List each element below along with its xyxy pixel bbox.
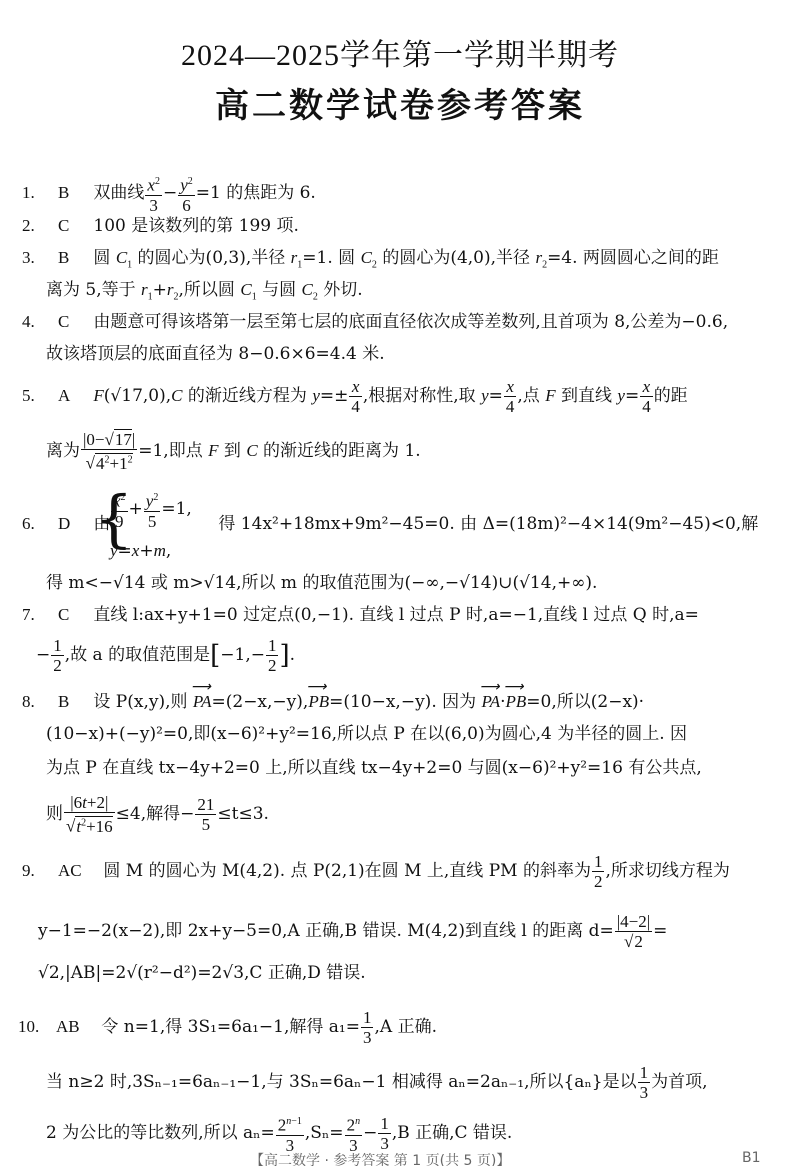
- answer-8-cont-1: (10−x)+(−y)²=0,即(x−6)²+y²=16,所以点 P 在以(6,…: [46, 723, 687, 745]
- text: 2 为公比的等比数列,所以 aₙ=: [46, 1123, 275, 1143]
- answer-choice: C: [58, 311, 88, 333]
- fraction: x4: [640, 377, 653, 416]
- text: 的渐近线方程为: [183, 386, 313, 406]
- answer-7: 7.C 直线 l:ax+y+1=0 过定点(0,−1). 直线 l 过点 P 时…: [22, 604, 699, 626]
- title-line-1: 2024—2025学年第一学期半期考: [0, 30, 800, 74]
- fraction: |0−√17|√42+12: [81, 430, 137, 473]
- text: 离为 5,等于: [46, 280, 141, 300]
- answer-4: 4.C 由题意可得该塔第一层至第七层的底面直径依次成等差数列,且首项为 8,公差…: [22, 311, 728, 333]
- text: −: [363, 1123, 377, 1143]
- fraction: 13: [638, 1063, 651, 1102]
- question-number: 3.: [22, 247, 58, 269]
- fraction: |6t+2|√t2+16: [64, 793, 115, 836]
- fraction: x4: [349, 377, 362, 416]
- answer-1: 1.B 双曲线x23−y26=1 的焦距为 6.: [22, 172, 316, 215]
- text: 为首项,: [651, 1072, 707, 1092]
- question-number: 4.: [22, 311, 58, 333]
- text: ≤4,解得−: [116, 804, 195, 824]
- answer-choice: AC: [58, 860, 98, 882]
- answer-choice: AB: [56, 1016, 96, 1038]
- answer-7-cont: −12,故 a 的取值范围是[−1,−12].: [36, 636, 295, 675]
- answer-choice: B: [58, 691, 88, 713]
- text: 由题意可得该塔第一层至第七层的底面直径依次成等差数列,且首项为 8,公差为−0.…: [93, 312, 728, 332]
- text: =1,即点: [138, 441, 208, 461]
- answer-8-cont-3: 则|6t+2|√t2+16≤4,解得−215≤t≤3.: [46, 793, 269, 836]
- text: 到直线: [556, 386, 618, 406]
- question-number: 1.: [22, 182, 58, 204]
- answer-9-cont-1: y−1=−2(x−2),即 2x+y−5=0,A 正确,B 错误. M(4,2)…: [38, 912, 667, 951]
- text: ,点: [517, 386, 545, 406]
- text: 得 14x²+18mx+9m²−45=0. 由 Δ=(18m)²−4×14(9m…: [218, 514, 758, 534]
- text: 当 n≥2 时,3Sₙ₋₁=6aₙ₋₁−1,与 3Sₙ=6aₙ−1 相减得 aₙ…: [46, 1072, 637, 1092]
- question-number: 8.: [22, 691, 58, 713]
- answer-2: 2.C 100 是该数列的第 199 项.: [22, 215, 299, 237]
- answer-choice: D: [58, 513, 88, 535]
- answer-3: 3.B 圆 C1 的圆心为(0,3),半径 r1=1. 圆 C2 的圆心为(4,…: [22, 247, 719, 276]
- text: 的渐近线的距离为 1.: [258, 441, 421, 461]
- text: ,根据对称性,取: [363, 386, 481, 406]
- question-number: 6.: [22, 513, 58, 535]
- text: =1 的焦距为 6.: [196, 183, 316, 203]
- answer-5: 5.A F(√17,0),C 的渐近线方程为 y=±x4,根据对称性,取 y=x…: [22, 377, 688, 416]
- text: 令 n=1,得 3S₁=6a₁−1,解得 a₁=: [101, 1017, 360, 1037]
- fraction: 2n−13: [276, 1112, 304, 1155]
- text: ,所求切线方程为: [605, 861, 729, 881]
- answer-choice: B: [58, 182, 88, 204]
- text: √2,|AB|=2√(r²−d²)=2√3,C 正确,D 错误.: [38, 963, 366, 983]
- term-title: 学年第一学期半期考: [340, 38, 619, 73]
- answer-6-cont: 得 m<−√14 或 m>√14,所以 m 的取值范围为(−∞,−√14)∪(√…: [46, 572, 597, 594]
- question-number: 7.: [22, 604, 58, 626]
- text: =(2−x,−y),: [212, 692, 309, 712]
- text: 直线 l:ax+y+1=0 过定点(0,−1). 直线 l 过点 P 时,a=−…: [93, 605, 699, 625]
- text: 到: [219, 441, 247, 461]
- answer-choice: C: [58, 215, 88, 237]
- document-title: 高二数学试卷参考答案: [0, 78, 800, 127]
- system-eq-2: y=x+m,: [110, 540, 171, 562]
- text: (10−x)+(−y)²=0,即(x−6)²+y²=16,所以点 P 在以(6,…: [46, 724, 687, 744]
- fraction: 13: [361, 1008, 374, 1047]
- fraction: 12: [592, 852, 605, 891]
- text: =: [653, 921, 667, 941]
- fraction: y26: [178, 172, 195, 215]
- text: ,B 正确,C 错误.: [392, 1123, 513, 1143]
- text: ,故 a 的取值范围是: [65, 645, 210, 665]
- text: 设 P(x,y),则: [93, 692, 193, 712]
- question-number: 2.: [22, 215, 58, 237]
- fraction: |4−2|√2: [615, 912, 652, 951]
- answer-10-cont-2: 2 为公比的等比数列,所以 aₙ=2n−13,Sₙ=2n3−13,B 正确,C …: [46, 1112, 512, 1155]
- fraction: x4: [504, 377, 517, 416]
- text: 的圆心为(0,3),半径: [132, 248, 291, 268]
- text: 则: [46, 804, 63, 824]
- answer-8-cont-2: 为点 P 在直线 tx−4y+2=0 上,所以直线 tx−4y+2=0 与圆(x…: [46, 757, 702, 779]
- answer-9: 9.AC 圆 M 的圆心为 M(4,2). 点 P(2,1)在圆 M 上,直线 …: [22, 852, 730, 891]
- text: 双曲线: [93, 183, 144, 203]
- text: 圆 M 的圆心为 M(4,2). 点 P(2,1)在圆 M 上,直线 PM 的斜…: [103, 861, 591, 881]
- text: 的圆心为(4,0),半径: [377, 248, 536, 268]
- answer-9-cont-2: √2,|AB|=2√(r²−d²)=2√3,C 正确,D 错误.: [38, 962, 366, 984]
- answer-5-cont: 离为|0−√17|√42+12=1,即点 F 到 C 的渐近线的距离为 1.: [46, 430, 421, 473]
- system-eq-1: x29+y25=1,: [110, 488, 192, 531]
- page-code: B1: [742, 1150, 761, 1166]
- text: (√17,0),: [104, 386, 171, 406]
- answer-choice: A: [58, 385, 88, 407]
- text: =0,所以(2−x)·: [526, 692, 644, 712]
- answer-8: 8.B 设 P(x,y),则 PA=(2−x,−y),PB=(10−x,−y).…: [22, 691, 644, 713]
- text: ,Sₙ=: [305, 1123, 344, 1143]
- text: 100 是该数列的第 199 项.: [93, 216, 299, 236]
- text: 离为: [46, 441, 80, 461]
- text: 为点 P 在直线 tx−4y+2=0 上,所以直线 tx−4y+2=0 与圆(x…: [46, 758, 702, 778]
- page-label: 【高二数学 · 参考答案 第 1 页(共 5 页)】: [250, 1150, 510, 1166]
- text: 与圆: [257, 280, 302, 300]
- text: y−1=−2(x−2),即 2x+y−5=0,A 正确,B 错误. M(4,2)…: [38, 921, 614, 941]
- answer-choice: C: [58, 604, 88, 626]
- text: 得 m<−√14 或 m>√14,所以 m 的取值范围为(−∞,−√14)∪(√…: [46, 573, 597, 593]
- text: 的距: [654, 386, 688, 406]
- text: ≤t≤3.: [217, 804, 269, 824]
- question-number: 5.: [22, 385, 58, 407]
- question-number: 9.: [22, 860, 58, 882]
- text: 外切.: [318, 280, 363, 300]
- answer-10: 10.AB 令 n=1,得 3S₁=6a₁−1,解得 a₁=13,A 正确.: [18, 1008, 437, 1047]
- text: 圆: [93, 248, 115, 268]
- text: =1. 圆: [302, 248, 360, 268]
- school-year: 2024—2025: [181, 39, 340, 72]
- fraction: x23: [145, 172, 162, 215]
- answer-4-cont: 故该塔顶层的底面直径为 8−0.6×6=4.4 米.: [46, 343, 385, 365]
- text: ,A 正确.: [374, 1017, 437, 1037]
- question-number: 10.: [18, 1016, 56, 1038]
- text: =(10−x,−y). 因为: [329, 692, 481, 712]
- answer-10-cont-1: 当 n≥2 时,3Sₙ₋₁=6aₙ₋₁−1,与 3Sₙ=6aₙ−1 相减得 aₙ…: [46, 1063, 708, 1102]
- fraction: 12: [51, 636, 64, 675]
- text: =4. 两圆圆心之间的距: [547, 248, 719, 268]
- text: ,所以圆: [179, 280, 241, 300]
- answer-3-cont: 离为 5,等于 r1+r2,所以圆 C1 与圆 C2 外切.: [46, 279, 363, 308]
- text: 故该塔顶层的底面直径为 8−0.6×6=4.4 米.: [46, 344, 385, 364]
- answer-choice: B: [58, 247, 88, 269]
